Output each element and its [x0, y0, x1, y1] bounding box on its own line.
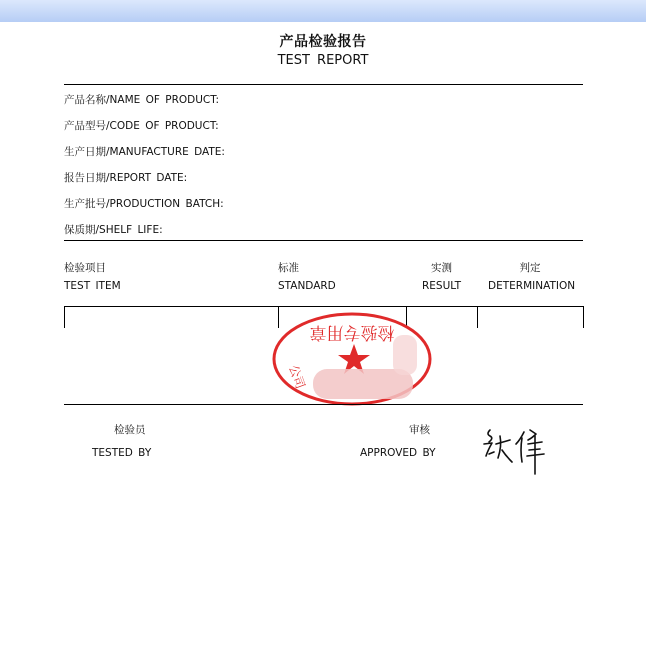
- table-top-border: [64, 306, 583, 307]
- field-manufacture-date: 生产日期/MANUFACTURE DATE:: [64, 144, 225, 159]
- official-stamp: 检验专用章 公司: [271, 311, 433, 407]
- tested-by-label-cn: 检验员: [114, 422, 146, 437]
- table-cell-border: [583, 306, 584, 328]
- field-shelf-life: 保质期/SHELF LIFE:: [64, 222, 163, 237]
- col-header-test-item-en: TEST ITEM: [64, 280, 121, 292]
- window-title-bar: [0, 0, 646, 22]
- col-header-standard-en: STANDARD: [278, 280, 336, 292]
- report-title-cn: 产品检验报告: [0, 31, 646, 51]
- col-header-standard-cn: 标准: [278, 260, 299, 275]
- report-title-en: TEST REPORT: [0, 53, 646, 68]
- col-header-determination-en: DETERMINATION: [488, 280, 575, 292]
- tested-by-label-en: TESTED BY: [92, 447, 151, 459]
- field-product-name: 产品名称/NAME OF PRODUCT:: [64, 92, 219, 107]
- divider-bottom: [64, 404, 583, 405]
- stamp-text: 检验专用章: [310, 322, 395, 343]
- field-product-code: 产品型号/CODE OF PRODUCT:: [64, 118, 219, 133]
- col-header-result-cn: 实测: [406, 260, 477, 275]
- approver-signature: [480, 422, 560, 477]
- table-cell-border: [64, 306, 65, 328]
- divider-top: [64, 84, 583, 85]
- col-header-determination-cn: 判定: [477, 260, 583, 275]
- approved-by-label-en: APPROVED BY: [360, 447, 436, 459]
- col-header-result-en: RESULT: [422, 280, 461, 292]
- divider-fields: [64, 240, 583, 241]
- approved-by-label-cn: 审核: [409, 422, 430, 437]
- table-cell-border: [477, 306, 478, 328]
- field-report-date: 报告日期/REPORT DATE:: [64, 170, 187, 185]
- field-production-batch: 生产批号/PRODUCTION BATCH:: [64, 196, 224, 211]
- col-header-test-item-cn: 检验项目: [64, 260, 106, 275]
